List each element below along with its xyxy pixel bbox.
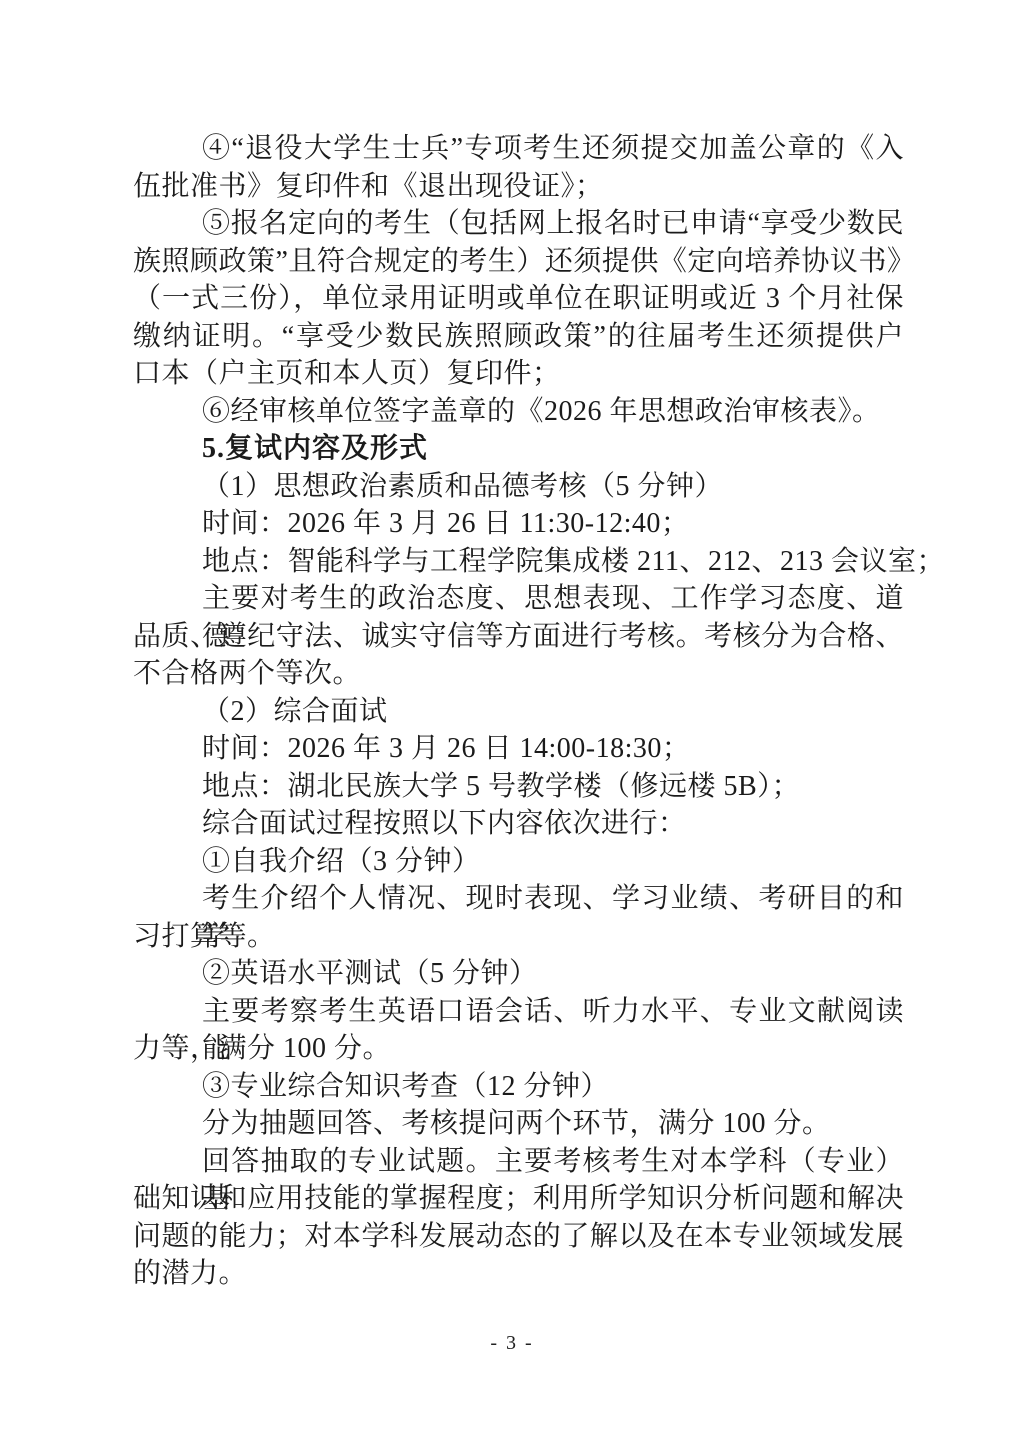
text-line: （一式三份），单位录用证明或单位在职证明或近 3 个月社保: [133, 280, 904, 318]
text-line: 主要考察考生英语口语会话、听力水平、专业文献阅读能: [133, 993, 904, 1031]
text-line: 不合格两个等次。: [133, 655, 904, 693]
text-line: 时间：2026 年 3 月 26 日 11:30-12:40；: [133, 505, 904, 543]
text-line: ①自我介绍（3 分钟）: [133, 843, 904, 881]
text-line: 地点：智能科学与工程学院集成楼 211、212、213 会议室；: [133, 543, 904, 581]
text-line: 地点：湖北民族大学 5 号教学楼（修远楼 5B）；: [133, 768, 904, 806]
text-line: 分为抽题回答、考核提问两个环节，满分 100 分。: [133, 1105, 904, 1143]
text-line: 主要对考生的政治态度、思想表现、工作学习态度、道德: [133, 580, 904, 618]
text-line: 品质、遵纪守法、诚实守信等方面进行考核。考核分为合格、: [133, 618, 904, 656]
document-page: ④“退役大学生士兵”专项考生还须提交加盖公章的《入伍批准书》复印件和《退出现役证…: [0, 0, 1024, 1444]
document-body: ④“退役大学生士兵”专项考生还须提交加盖公章的《入伍批准书》复印件和《退出现役证…: [133, 130, 904, 1293]
text-line: 伍批准书》复印件和《退出现役证》；: [133, 168, 904, 206]
text-line: 力等，满分 100 分。: [133, 1030, 904, 1068]
text-line: 考生介绍个人情况、现时表现、学习业绩、考研目的和学: [133, 880, 904, 918]
text-line: 回答抽取的专业试题。主要考核考生对本学科（专业）基: [133, 1143, 904, 1181]
text-line: 缴纳证明。“享受少数民族照顾政策”的往届考生还须提供户: [133, 318, 904, 356]
text-line: ③专业综合知识考查（12 分钟）: [133, 1068, 904, 1106]
text-line: ⑤报名定向的考生（包括网上报名时已申请“享受少数民: [133, 205, 904, 243]
text-line: 问题的能力；对本学科发展动态的了解以及在本专业领域发展: [133, 1218, 904, 1256]
text-line: 综合面试过程按照以下内容依次进行：: [133, 805, 904, 843]
section-heading: 5.复试内容及形式: [133, 430, 904, 468]
page-number: - 3 -: [0, 1330, 1024, 1356]
text-line: 习打算等。: [133, 918, 904, 956]
text-line: 的潜力。: [133, 1255, 904, 1293]
text-line: ②英语水平测试（5 分钟）: [133, 955, 904, 993]
text-line: （2）综合面试: [133, 693, 904, 731]
text-line: ④“退役大学生士兵”专项考生还须提交加盖公章的《入: [133, 130, 904, 168]
text-line: ⑥经审核单位签字盖章的《2026 年思想政治审核表》。: [133, 393, 904, 431]
text-line: （1）思想政治素质和品德考核（5 分钟）: [133, 468, 904, 506]
text-line: 础知识和应用技能的掌握程度；利用所学知识分析问题和解决: [133, 1180, 904, 1218]
text-line: 口本（户主页和本人页）复印件；: [133, 355, 904, 393]
text-line: 族照顾政策”且符合规定的考生）还须提供《定向培养协议书》: [133, 243, 904, 281]
text-line: 时间：2026 年 3 月 26 日 14:00-18:30；: [133, 730, 904, 768]
